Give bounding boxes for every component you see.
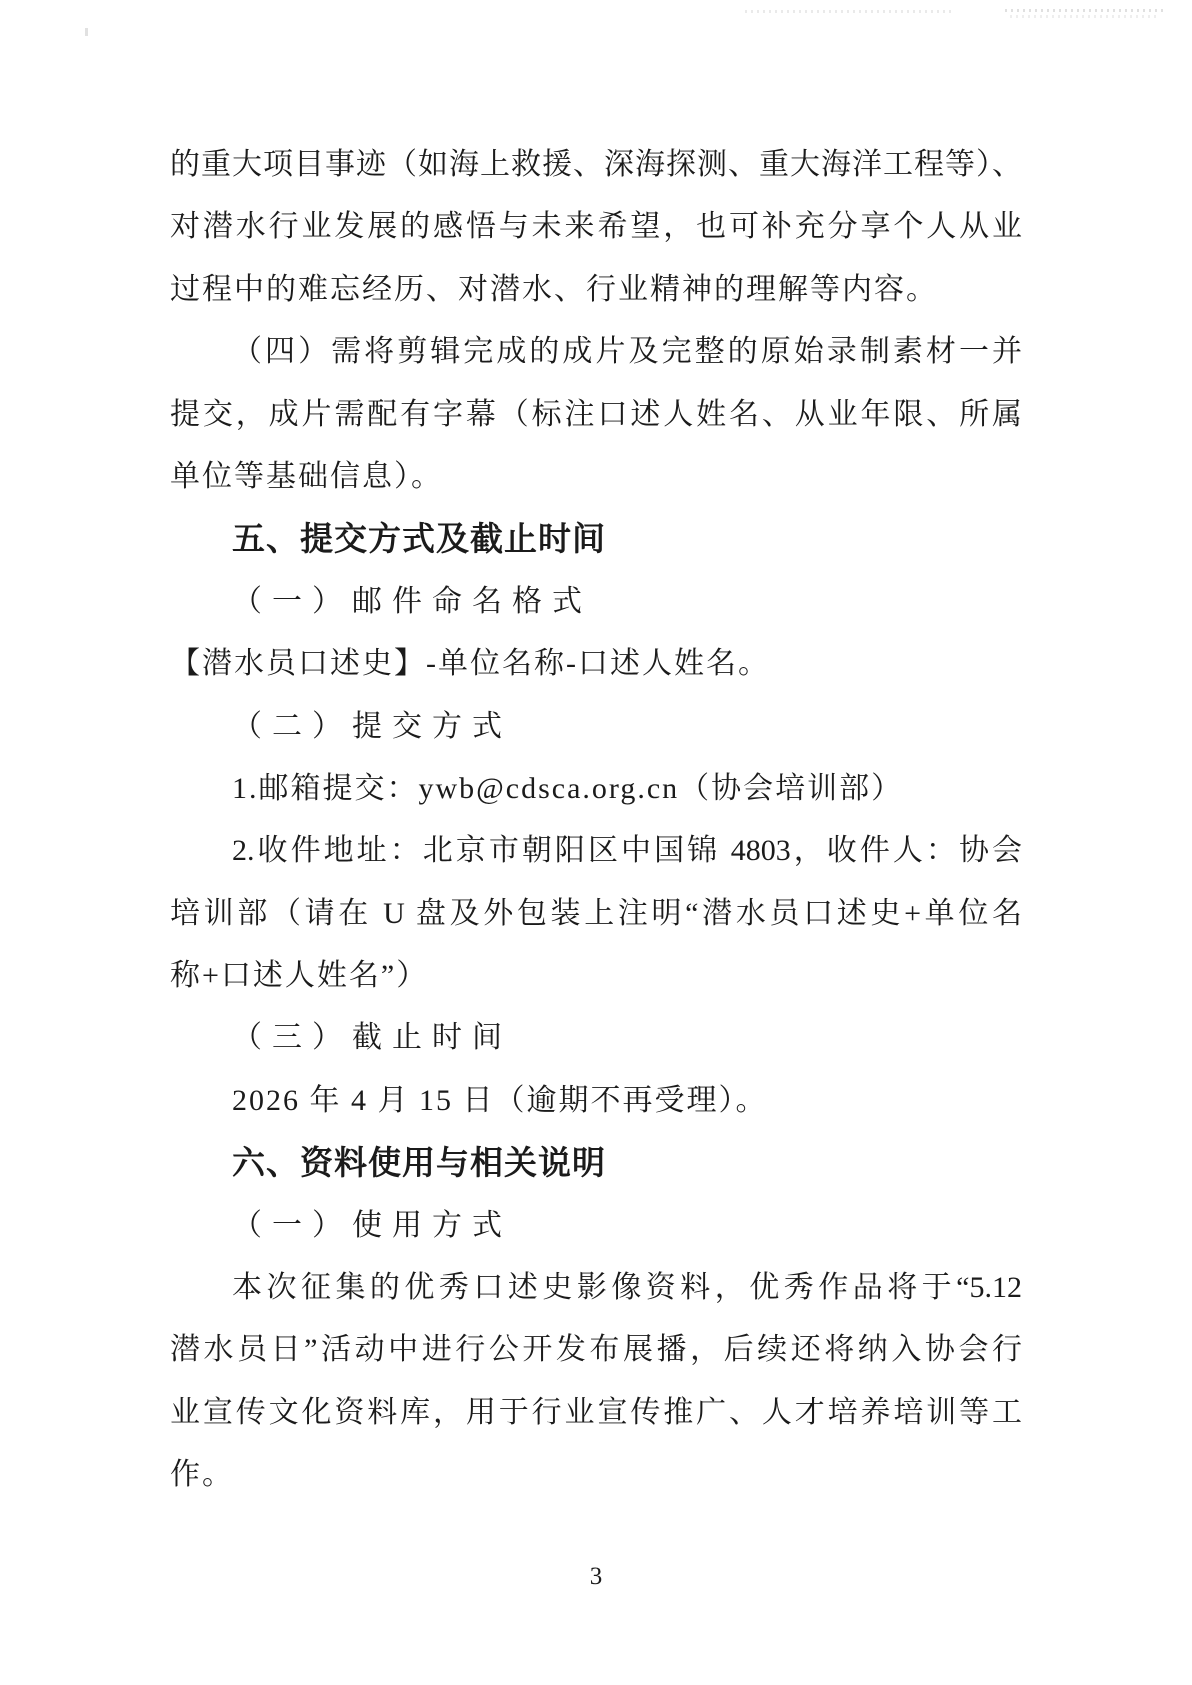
document-content: 的重大项目事迹（如海上救援、深海探测、重大海洋工程等）、 对潜水行业发展的感悟与… — [170, 134, 1022, 1507]
sub-heading: （一）使用方式 — [170, 1195, 1022, 1257]
sub-heading: （二）提交方式 — [170, 696, 1022, 758]
text-line-email: 1.邮箱提交：ywb@cdsca.org.cn（协会培训部） — [170, 758, 1022, 820]
text-line: 本次征集的优秀口述史影像资料，优秀作品将于“5.12 — [170, 1257, 1022, 1319]
text-line: （四）需将剪辑完成的成片及完整的原始录制素材一并 — [170, 321, 1022, 383]
page-number: 3 — [0, 1560, 1192, 1594]
text-line: 2.收件地址：北京市朝阳区中国锦 4803，收件人：协会 — [170, 820, 1022, 882]
scan-noise-mark — [85, 28, 88, 36]
section-heading: 五、提交方式及截止时间 — [170, 508, 1022, 570]
section-heading: 六、资料使用与相关说明 — [170, 1132, 1022, 1194]
text-line-date: 2026 年 4 月 15 日（逾期不再受理）。 — [170, 1070, 1022, 1132]
scan-noise-mark — [1005, 9, 1165, 12]
text-line: 提交，成片需配有字幕（标注口述人姓名、从业年限、所属 — [170, 384, 1022, 446]
document-page: 的重大项目事迹（如海上救援、深海探测、重大海洋工程等）、 对潜水行业发展的感悟与… — [0, 0, 1192, 1685]
text-line: 作。 — [170, 1444, 1022, 1506]
scan-noise-mark — [745, 10, 955, 13]
sub-heading: （三）截止时间 — [170, 1007, 1022, 1069]
text-line: 培训部（请在 U 盘及外包装上注明“潜水员口述史+单位名 — [170, 883, 1022, 945]
text-line: 业宣传文化资料库，用于行业宣传推广、人才培养培训等工 — [170, 1382, 1022, 1444]
text-line: 称+口述人姓名”） — [170, 945, 1022, 1007]
text-line: 【潜水员口述史】-单位名称-口述人姓名。 — [170, 633, 1022, 695]
scan-noise-mark — [1010, 15, 1160, 18]
text-line: 过程中的难忘经历、对潜水、行业精神的理解等内容。 — [170, 259, 1022, 321]
text-line: 潜水员日”活动中进行公开发布展播，后续还将纳入协会行 — [170, 1319, 1022, 1381]
text-line: 的重大项目事迹（如海上救援、深海探测、重大海洋工程等）、 — [170, 134, 1022, 196]
sub-heading: （一）邮件命名格式 — [170, 571, 1022, 633]
text-line: 单位等基础信息）。 — [170, 446, 1022, 508]
text-line: 对潜水行业发展的感悟与未来希望，也可补充分享个人从业 — [170, 196, 1022, 258]
